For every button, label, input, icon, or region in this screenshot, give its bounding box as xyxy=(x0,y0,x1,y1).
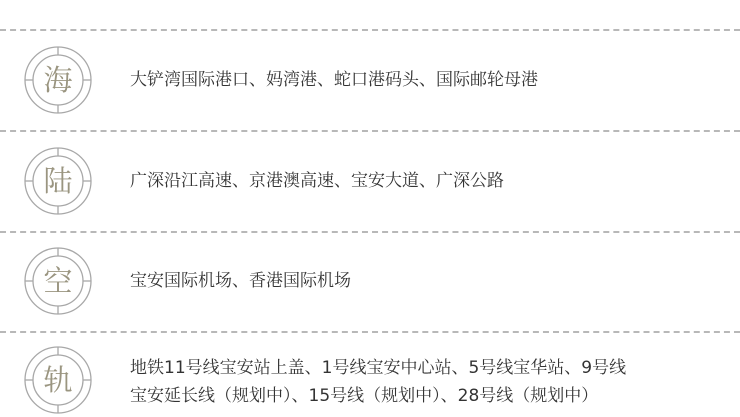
rail-text-line-1: 地铁11号线宝安站上盖、1号线宝安中心站、5号线宝华站、9号线 xyxy=(130,355,626,381)
divider xyxy=(0,331,740,333)
sea-icon: 海 xyxy=(24,46,92,114)
divider xyxy=(0,130,740,132)
rail-text-line-2: 宝安延长线（规划中）、15号线（规划中）、28号线（规划中） xyxy=(130,383,598,409)
sea-text: 大铲湾国际港口、妈湾港、蛇口港码头、国际邮轮母港 xyxy=(130,67,538,93)
land-icon-char: 陆 xyxy=(24,147,92,215)
section-land: 陆 广深沿江高速、京港澳高速、宝安大道、广深公路 xyxy=(0,147,740,215)
section-rail: 轨 地铁11号线宝安站上盖、1号线宝安中心站、5号线宝华站、9号线 宝安延长线（… xyxy=(0,346,740,414)
divider xyxy=(0,29,740,31)
land-icon: 陆 xyxy=(24,147,92,215)
sea-icon-char: 海 xyxy=(24,46,92,114)
air-text: 宝安国际机场、香港国际机场 xyxy=(130,268,351,294)
land-text: 广深沿江高速、京港澳高速、宝安大道、广深公路 xyxy=(130,168,504,194)
rail-icon-char: 轨 xyxy=(24,346,92,414)
rail-icon: 轨 xyxy=(24,346,92,414)
divider xyxy=(0,231,740,233)
air-icon-char: 空 xyxy=(24,247,92,315)
section-sea: 海 大铲湾国际港口、妈湾港、蛇口港码头、国际邮轮母港 xyxy=(0,46,740,114)
air-icon: 空 xyxy=(24,247,92,315)
section-air: 空 宝安国际机场、香港国际机场 xyxy=(0,247,740,315)
